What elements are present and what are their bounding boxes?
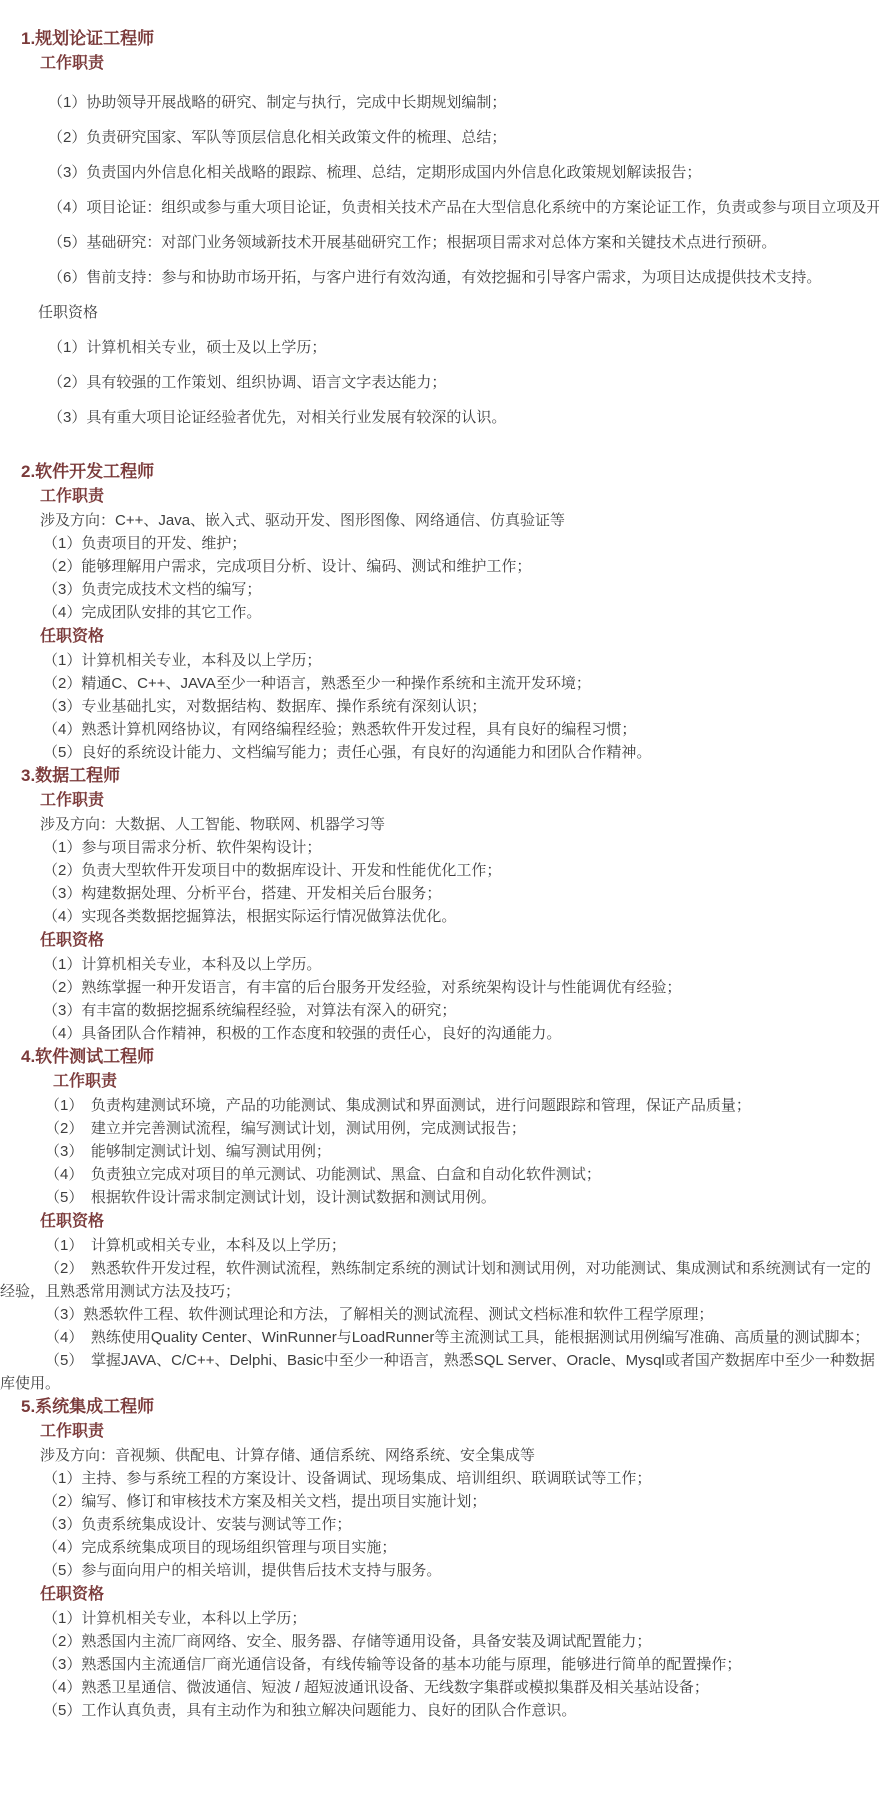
qualification-item: （1）计算机相关专业，本科以上学历；: [0, 1607, 879, 1630]
section-title: 5.系统集成工程师: [0, 1395, 879, 1419]
duty-item: （2）负责大型软件开发项目中的数据库设计、开发和性能优化工作；: [0, 859, 879, 882]
qualification-item: （3）有丰富的数据挖掘系统编程经验，对算法有深入的研究；: [0, 999, 879, 1022]
qualification-item: （1）计算机相关专业，本科及以上学历。: [0, 953, 879, 976]
subheading-qualifications: 任职资格: [0, 928, 879, 953]
qualification-item: （5）良好的系统设计能力、文档编写能力；责任心强，有良好的沟通能力和团队合作精神…: [0, 741, 879, 764]
job-section-3: 3.数据工程师工作职责涉及方向：大数据、人工智能、物联网、机器学习等（1）参与项…: [0, 764, 879, 1045]
duty-item: （5）基础研究：对部门业务领域新技术开展基础研究工作；根据项目需求对总体方案和关…: [0, 234, 879, 251]
duty-item: （4） 负责独立完成对项目的单元测试、功能测试、黑盒、白盒和自动化软件测试；: [0, 1163, 879, 1186]
subheading-duties: 工作职责: [0, 788, 879, 813]
qualification-item: （3）专业基础扎实，对数据结构、数据库、操作系统有深刻认识；: [0, 695, 879, 718]
directions-line: 涉及方向：音视频、供配电、计算存储、通信系统、网络系统、安全集成等: [0, 1444, 879, 1467]
duty-item: （3）构建数据处理、分析平台，搭建、开发相关后台服务；: [0, 882, 879, 905]
subheading-duties: 工作职责: [0, 1069, 879, 1094]
subheading-qualifications: 任职资格: [0, 624, 879, 649]
qualification-item: （4）具备团队合作精神，积极的工作态度和较强的责任心，良好的沟通能力。: [0, 1022, 879, 1045]
job-section-1: 1.规划论证工程师工作职责（1）协助领导开展战略的研究、制定与执行，完成中长期规…: [0, 27, 879, 426]
qualification-item: （5） 掌握JAVA、C/C++、Delphi、Basic中至少一种语言，熟悉S…: [0, 1349, 879, 1395]
duty-item: （3）负责国内外信息化相关战略的跟踪、梳理、总结，定期形成国内外信息化政策规划解…: [0, 164, 879, 181]
duty-item: （2）能够理解用户需求，完成项目分析、设计、编码、测试和维护工作；: [0, 555, 879, 578]
subheading-duties: 工作职责: [0, 51, 879, 76]
subheading-duties: 工作职责: [0, 1419, 879, 1444]
qualification-item: （1）计算机相关专业，硕士及以上学历；: [0, 339, 879, 356]
duty-item: （1）主持、参与系统工程的方案设计、设备调试、现场集成、培训组织、联调联试等工作…: [0, 1467, 879, 1490]
qualification-item: （3）熟悉软件工程、软件测试理论和方法，了解相关的测试流程、测试文档标准和软件工…: [0, 1303, 879, 1326]
job-section-4: 4.软件测试工程师工作职责（1） 负责构建测试环境，产品的功能测试、集成测试和界…: [0, 1045, 879, 1395]
section-title: 3.数据工程师: [0, 764, 879, 788]
duty-item: （4）完成团队安排的其它工作。: [0, 601, 879, 624]
qualification-item: （5）工作认真负责，具有主动作为和独立解决问题能力、良好的团队合作意识。: [0, 1699, 879, 1722]
subheading-qualifications: 任职资格: [0, 1582, 879, 1607]
section-title: 1.规划论证工程师: [0, 27, 879, 51]
qualification-item: （1）计算机相关专业，本科及以上学历；: [0, 649, 879, 672]
duty-item: （5） 根据软件设计需求制定测试计划，设计测试数据和测试用例。: [0, 1186, 879, 1209]
duty-item: （2） 建立并完善测试流程，编写测试计划，测试用例，完成测试报告；: [0, 1117, 879, 1140]
qualification-item: （2） 熟悉软件开发过程，软件测试流程，熟练制定系统的测试计划和测试用例，对功能…: [0, 1257, 879, 1303]
job-section-5: 5.系统集成工程师工作职责涉及方向：音视频、供配电、计算存储、通信系统、网络系统…: [0, 1395, 879, 1722]
duty-item: （6）售前支持：参与和协助市场开拓，与客户进行有效沟通，有效挖掘和引导客户需求，…: [0, 269, 879, 286]
qualification-item: （2）具有较强的工作策划、组织协调、语言文字表达能力；: [0, 374, 879, 391]
qualification-item: （3）熟悉国内主流通信厂商光通信设备，有线传输等设备的基本功能与原理，能够进行简…: [0, 1653, 879, 1676]
directions-line: 涉及方向：C++、Java、嵌入式、驱动开发、图形图像、网络通信、仿真验证等: [0, 509, 879, 532]
job-section-2: 2.软件开发工程师工作职责涉及方向：C++、Java、嵌入式、驱动开发、图形图像…: [0, 460, 879, 764]
duty-item: （1）参与项目需求分析、软件架构设计；: [0, 836, 879, 859]
section-title: 4.软件测试工程师: [0, 1045, 879, 1069]
duty-item: （3）负责完成技术文档的编写；: [0, 578, 879, 601]
duty-item: （4）实现各类数据挖掘算法，根据实际运行情况做算法优化。: [0, 905, 879, 928]
duty-item: （3）负责系统集成设计、安装与测试等工作；: [0, 1513, 879, 1536]
directions-line: 涉及方向：大数据、人工智能、物联网、机器学习等: [0, 813, 879, 836]
duty-item: （4）完成系统集成项目的现场组织管理与项目实施；: [0, 1536, 879, 1559]
duty-item: （2）编写、修订和审核技术方案及相关文档，提出项目实施计划；: [0, 1490, 879, 1513]
job-listings-document: 1.规划论证工程师工作职责（1）协助领导开展战略的研究、制定与执行，完成中长期规…: [0, 0, 879, 1722]
qualification-item: （4）熟悉卫星通信、微波通信、短波 / 超短波通讯设备、无线数字集群或模拟集群及…: [0, 1676, 879, 1699]
section-title: 2.软件开发工程师: [0, 460, 879, 484]
sections-root: 1.规划论证工程师工作职责（1）协助领导开展战略的研究、制定与执行，完成中长期规…: [0, 27, 879, 1722]
qualification-item: （2）熟练掌握一种开发语言，有丰富的后台服务开发经验，对系统架构设计与性能调优有…: [0, 976, 879, 999]
qualification-item: （2）熟悉国内主流厂商网络、安全、服务器、存储等通用设备，具备安装及调试配置能力…: [0, 1630, 879, 1653]
duty-item: （4）项目论证：组织或参与重大项目论证，负责相关技术产品在大型信息化系统中的方案…: [0, 199, 879, 216]
duty-item: （1）负责项目的开发、维护；: [0, 532, 879, 555]
subheading-qualifications: 任职资格: [0, 1209, 879, 1234]
qualification-item: （4）熟悉计算机网络协议，有网络编程经验；熟悉软件开发过程，具有良好的编程习惯；: [0, 718, 879, 741]
duty-item: （1）协助领导开展战略的研究、制定与执行，完成中长期规划编制；: [0, 94, 879, 111]
duty-item: （5）参与面向用户的相关培训，提供售后技术支持与服务。: [0, 1559, 879, 1582]
qualification-item: （2）精通C、C++、JAVA至少一种语言，熟悉至少一种操作系统和主流开发环境；: [0, 672, 879, 695]
subheading-qualifications: 任职资格: [0, 304, 879, 321]
qualification-item: （4） 熟练使用Quality Center、WinRunner与LoadRun…: [0, 1326, 879, 1349]
qualification-item: （3）具有重大项目论证经验者优先，对相关行业发展有较深的认识。: [0, 409, 879, 426]
duty-item: （3） 能够制定测试计划、编写测试用例；: [0, 1140, 879, 1163]
duty-item: （1） 负责构建测试环境，产品的功能测试、集成测试和界面测试，进行问题跟踪和管理…: [0, 1094, 879, 1117]
duty-item: （2）负责研究国家、军队等顶层信息化相关政策文件的梳理、总结；: [0, 129, 879, 146]
qualification-item: （1） 计算机或相关专业，本科及以上学历；: [0, 1234, 879, 1257]
subheading-duties: 工作职责: [0, 484, 879, 509]
